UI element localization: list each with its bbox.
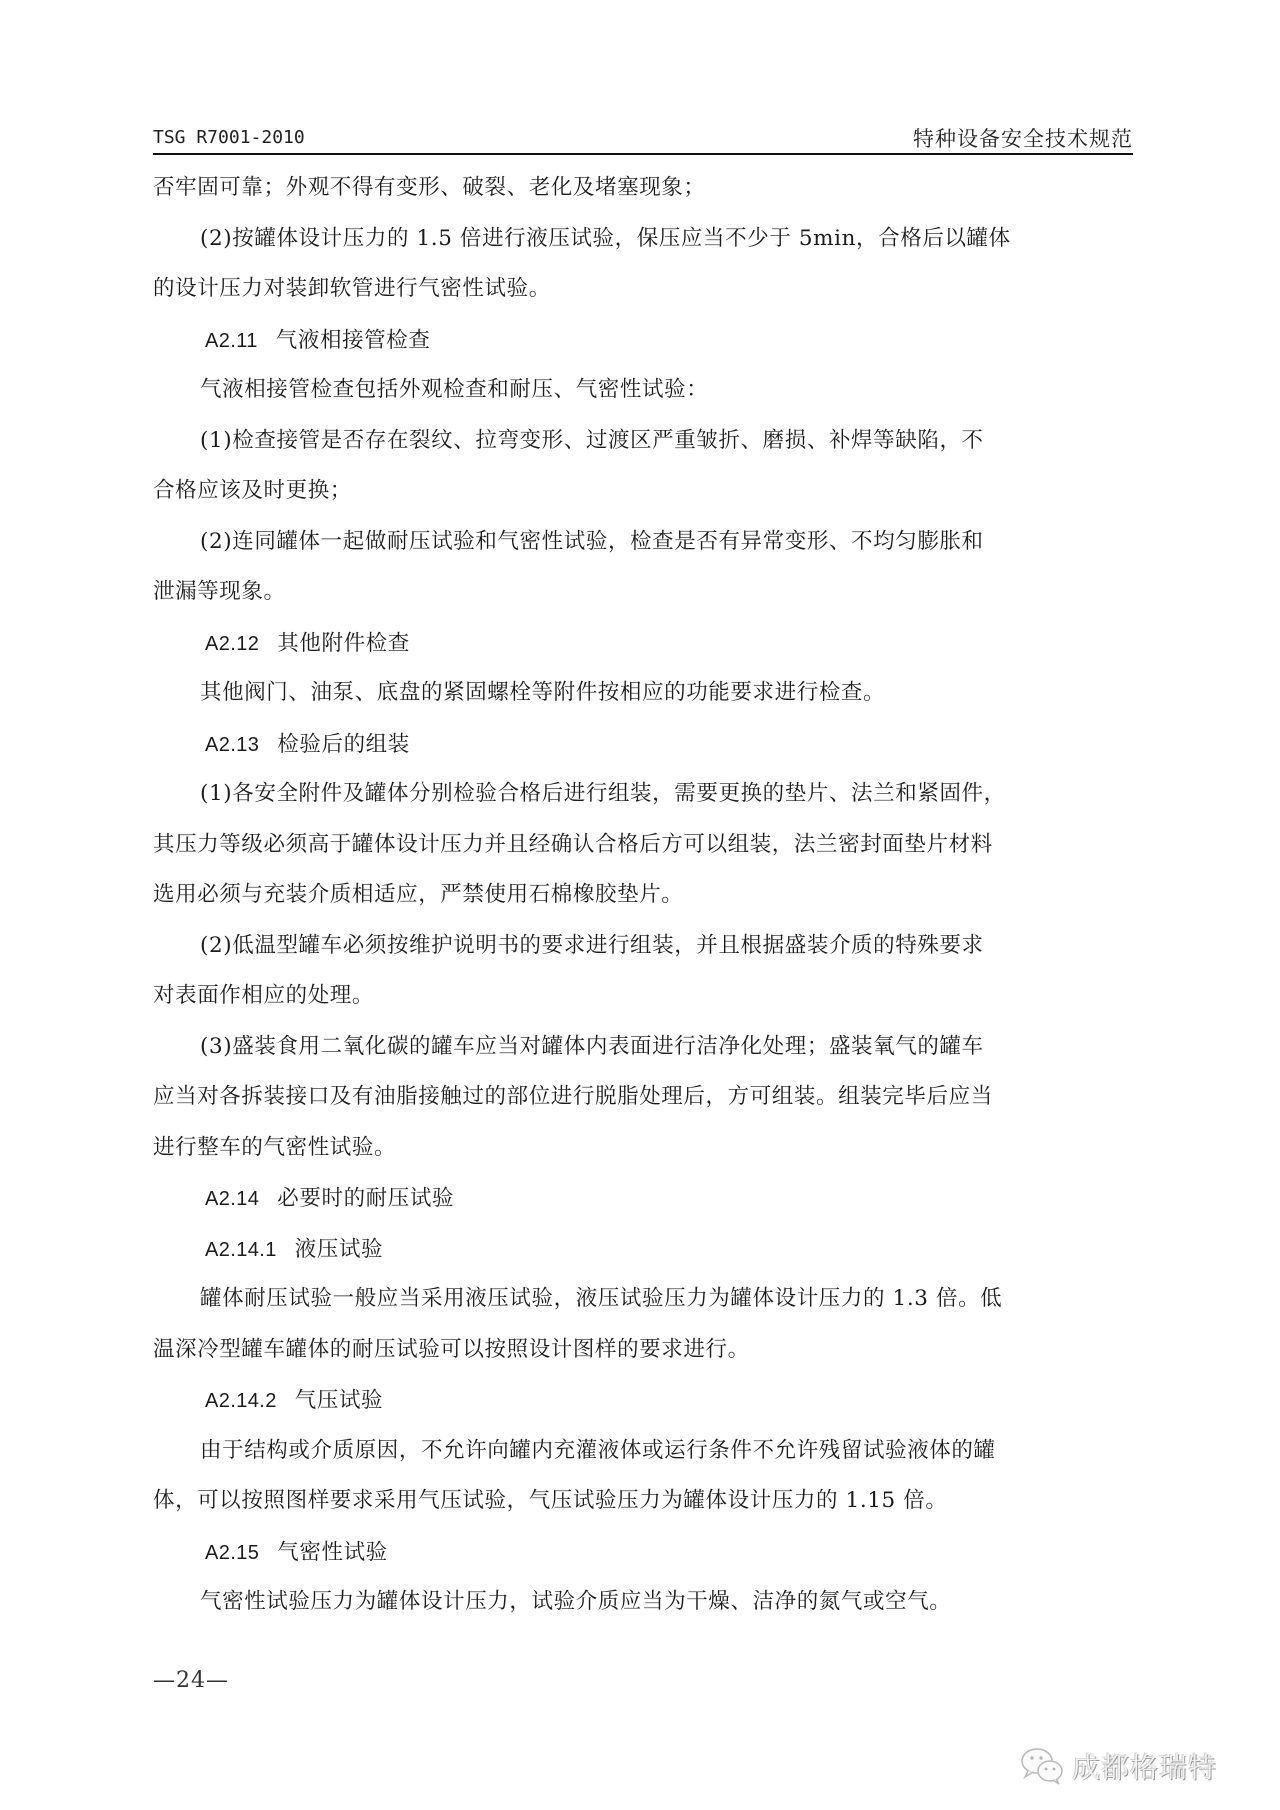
section-number: A2.14.1 bbox=[205, 1225, 277, 1275]
section-number: A2.14.2 bbox=[205, 1376, 277, 1426]
paragraph-line: 应当对各拆装接口及有油脂接触过的部位进行脱脂处理后，方可组装。组装完毕后应当 bbox=[153, 1072, 1138, 1123]
section-number: A2.12 bbox=[205, 619, 259, 669]
paragraph-line: 罐体耐压试验一般应当采用液压试验，液压试验压力为罐体设计压力的 1.3 倍。低 bbox=[153, 1274, 1138, 1325]
wechat-icon bbox=[1020, 1746, 1066, 1786]
page-number: —24— bbox=[153, 1668, 229, 1693]
paragraph-line: 合格应该及时更换； bbox=[153, 466, 1138, 517]
page-header: TSG R7001-2010 特种设备安全技术规范 bbox=[153, 123, 1133, 153]
section-title: 其他附件检查 bbox=[277, 631, 410, 656]
section-heading: A2.11气液相接管检查 bbox=[153, 315, 1138, 366]
section-heading: A2.12其他附件检查 bbox=[153, 618, 1138, 669]
section-heading: A2.13检验后的组装 bbox=[153, 719, 1138, 770]
paragraph-line: 的设计压力对装卸软管进行气密性试验。 bbox=[153, 264, 1138, 315]
paragraph-line: 气密性试验压力为罐体设计压力，试验介质应当为干燥、洁净的氮气或空气。 bbox=[153, 1577, 1138, 1628]
paragraph-line: 温深冷型罐车罐体的耐压试验可以按照设计图样的要求进行。 bbox=[153, 1325, 1138, 1376]
section-title: 必要时的耐压试验 bbox=[277, 1186, 454, 1211]
paragraph-line: (2)低温型罐车必须按维护说明书的要求进行组装，并且根据盛装介质的特殊要求 bbox=[153, 921, 1138, 972]
section-heading: A2.14必要时的耐压试验 bbox=[153, 1173, 1138, 1224]
section-number: A2.14 bbox=[205, 1174, 259, 1224]
header-category: 特种设备安全技术规范 bbox=[913, 123, 1133, 153]
paragraph-line: (1)各安全附件及罐体分别检验合格后进行组装，需要更换的垫片、法兰和紧固件， bbox=[153, 769, 1138, 820]
section-heading: A2.14.1液压试验 bbox=[153, 1224, 1138, 1275]
paragraph-line: 其他阀门、油泵、底盘的紧固螺栓等附件按相应的功能要求进行检查。 bbox=[153, 668, 1138, 719]
section-title: 气液相接管检查 bbox=[276, 328, 431, 353]
paragraph-line: 泄漏等现象。 bbox=[153, 567, 1138, 618]
section-title: 液压试验 bbox=[295, 1237, 383, 1262]
section-heading: A2.14.2气压试验 bbox=[153, 1375, 1138, 1426]
paragraph-line: 否牢固可靠；外观不得有变形、破裂、老化及堵塞现象； bbox=[153, 163, 1138, 214]
paragraph-line: 对表面作相应的处理。 bbox=[153, 971, 1138, 1022]
paragraph-line: 气液相接管检查包括外观检查和耐压、气密性试验： bbox=[153, 365, 1138, 416]
watermark: 成都格瑞特 bbox=[1020, 1744, 1217, 1788]
section-number: A2.15 bbox=[205, 1528, 259, 1578]
header-divider bbox=[153, 153, 1133, 155]
paragraph-line: (1)检查接管是否存在裂纹、拉弯变形、过渡区严重皱折、磨损、补焊等缺陷，不 bbox=[153, 416, 1138, 467]
paragraph-line: 体，可以按照图样要求采用气压试验，气压试验压力为罐体设计压力的 1.15 倍。 bbox=[153, 1476, 1138, 1527]
section-title: 气密性试验 bbox=[277, 1540, 388, 1565]
section-heading: A2.15气密性试验 bbox=[153, 1527, 1138, 1578]
paragraph-line: 选用必须与充装介质相适应，严禁使用石棉橡胶垫片。 bbox=[153, 870, 1138, 921]
section-title: 检验后的组装 bbox=[277, 732, 410, 757]
body-text: 否牢固可靠；外观不得有变形、破裂、老化及堵塞现象；(2)按罐体设计压力的 1.5… bbox=[153, 163, 1138, 1628]
section-title: 气压试验 bbox=[295, 1388, 383, 1413]
paragraph-line: 由于结构或介质原因，不允许向罐内充灌液体或运行条件不允许残留试验液体的罐 bbox=[153, 1426, 1138, 1477]
paragraph-line: (2)连同罐体一起做耐压试验和气密性试验，检查是否有异常变形、不均匀膨胀和 bbox=[153, 517, 1138, 568]
paragraph-line: (2)按罐体设计压力的 1.5 倍进行液压试验，保压应当不少于 5min，合格后… bbox=[153, 214, 1138, 265]
paragraph-line: 进行整车的气密性试验。 bbox=[153, 1123, 1138, 1174]
standard-code: TSG R7001-2010 bbox=[153, 127, 305, 148]
section-number: A2.13 bbox=[205, 720, 259, 770]
paragraph-line: (3)盛装食用二氧化碳的罐车应当对罐体内表面进行洁净化处理；盛装氧气的罐车 bbox=[153, 1022, 1138, 1073]
section-number: A2.11 bbox=[205, 316, 258, 366]
document-page: TSG R7001-2010 特种设备安全技术规范 否牢固可靠；外观不得有变形、… bbox=[0, 0, 1280, 1810]
watermark-text: 成都格瑞特 bbox=[1072, 1746, 1217, 1786]
paragraph-line: 其压力等级必须高于罐体设计压力并且经确认合格后方可以组装，法兰密封面垫片材料 bbox=[153, 820, 1138, 871]
